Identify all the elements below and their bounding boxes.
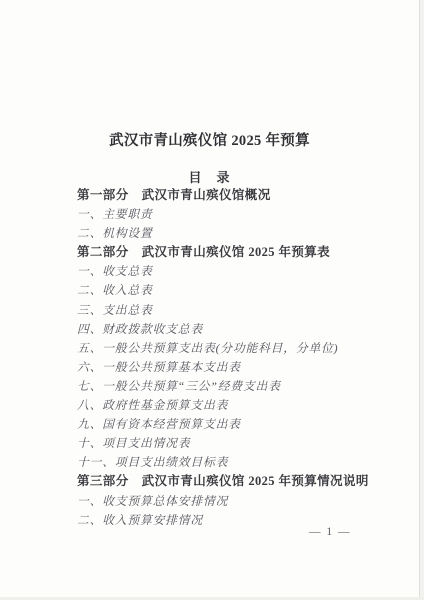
toc-item: 二、收入总表 bbox=[77, 281, 394, 300]
toc-heading: 目 录 bbox=[0, 167, 419, 186]
table-of-contents: 第一部分武汉市青山殡仪馆概况 一、主要职责 二、机构设置 第二部分武汉市青山殡仪… bbox=[77, 186, 394, 530]
toc-item: 八、政府性基金预算支出表 bbox=[77, 396, 394, 415]
toc-item: 十一、项目支出绩效目标表 bbox=[77, 453, 394, 472]
toc-section-2-title: 武汉市青山殡仪馆 2025 年预算表 bbox=[142, 245, 330, 259]
toc-section-1-heading: 第一部分武汉市青山殡仪馆概况 bbox=[77, 186, 394, 205]
toc-item: 一、收支预算总体安排情况 bbox=[77, 492, 394, 511]
toc-item: 二、机构设置 bbox=[77, 224, 394, 243]
document-title: 武汉市青山殡仪馆 2025 年预算 bbox=[0, 129, 419, 150]
scan-edge-right bbox=[419, 0, 424, 600]
toc-item: 三、支出总表 bbox=[77, 301, 394, 320]
toc-item: 四、财政拨款收支总表 bbox=[77, 320, 394, 339]
toc-item: 一、主要职责 bbox=[77, 205, 394, 224]
toc-section-3-heading: 第三部分武汉市青山殡仪馆 2025 年预算情况说明 bbox=[77, 472, 394, 491]
toc-section-2-heading: 第二部分武汉市青山殡仪馆 2025 年预算表 bbox=[77, 243, 394, 262]
toc-item: 五、一般公共预算支出表(分功能科目，分单位) bbox=[77, 339, 394, 358]
page-number: — 1 — bbox=[306, 525, 354, 540]
toc-item: 七、一般公共预算“三公”经费支出表 bbox=[77, 377, 394, 396]
toc-section-3-title: 武汉市青山殡仪馆 2025 年预算情况说明 bbox=[142, 474, 369, 488]
toc-section-1-title: 武汉市青山殡仪馆概况 bbox=[142, 188, 271, 202]
toc-section-3-label: 第三部分 bbox=[77, 474, 129, 488]
toc-section-1-label: 第一部分 bbox=[77, 188, 129, 202]
toc-item: 一、收支总表 bbox=[77, 262, 394, 281]
toc-item: 十、项目支出情况表 bbox=[77, 434, 394, 453]
toc-item: 九、国有资本经营预算支出表 bbox=[77, 415, 394, 434]
toc-item: 六、一般公共预算基本支出表 bbox=[77, 358, 394, 377]
scanned-document-page: 武汉市青山殡仪馆 2025 年预算 目 录 第一部分武汉市青山殡仪馆概况 一、主… bbox=[0, 0, 424, 600]
toc-section-2-label: 第二部分 bbox=[77, 245, 129, 259]
